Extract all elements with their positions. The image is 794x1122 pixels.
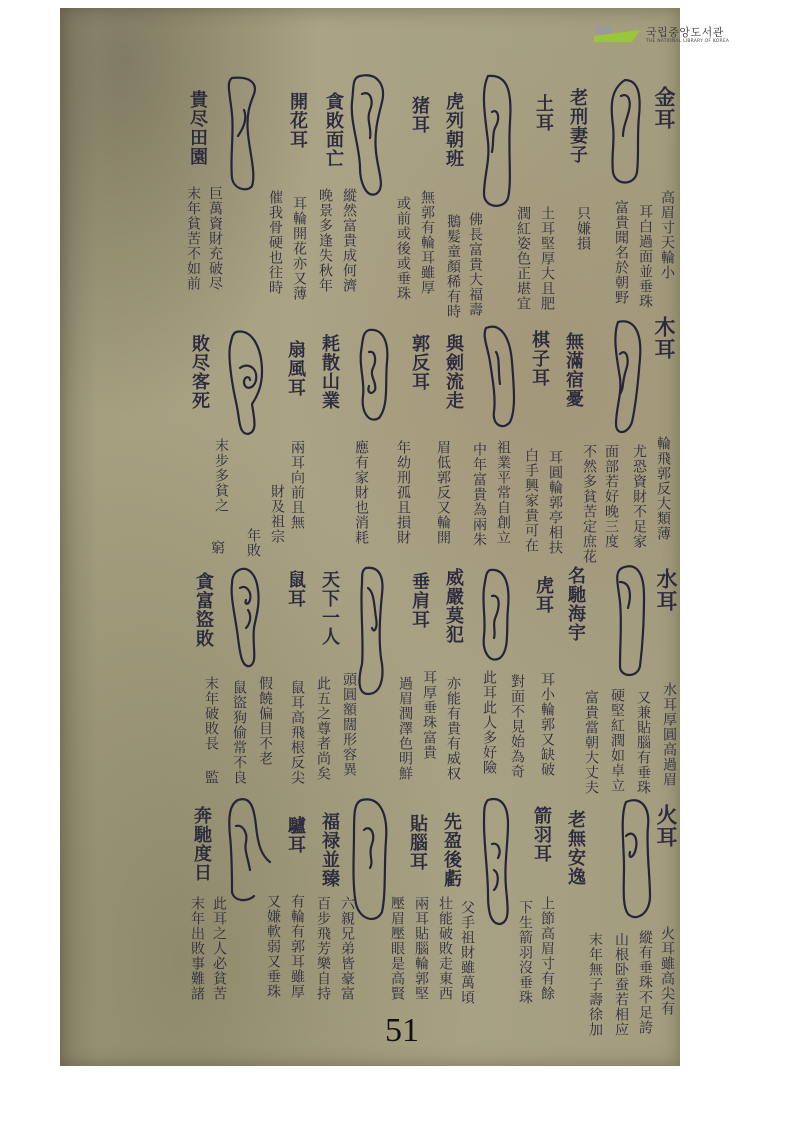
entry-title-sword-ear: 與劍流走 xyxy=(444,334,462,410)
entry-subtitle-donkey-ear: 福禄並臻 xyxy=(320,812,338,888)
entry-note: 中年富貴為兩朱 xyxy=(472,442,486,547)
entry-title-brain-ear: 貼腦耳 xyxy=(408,814,426,871)
ear-diagram-pig-icon xyxy=(348,72,388,198)
entry-note: 火耳雖高尖有 xyxy=(660,926,674,1016)
entry-note: 催我骨硬也往時 xyxy=(268,190,282,295)
page-number: 51 xyxy=(385,1012,419,1050)
ear-diagram-earth-icon xyxy=(478,72,514,212)
entry-title-water-ear: 水耳 xyxy=(656,568,677,612)
entry-note: 對面不見始為奇 xyxy=(510,674,524,779)
entry-note: 鼠耳高飛根反尖 xyxy=(290,680,304,785)
entry-note: 六親兄弟皆豪富 xyxy=(340,896,354,1001)
entry-note: 無郭有輪耳雖厚 xyxy=(420,190,434,295)
entry-note: 窮 xyxy=(210,540,224,555)
entry-note: 末年出敗事難諸 xyxy=(190,896,204,1001)
entry-note: 上節高眉寸有餘 xyxy=(540,896,554,1001)
entry-note: 壮能破敗走東西 xyxy=(438,896,452,1001)
ear-diagram-wood-icon xyxy=(608,318,644,438)
entry-note: 又兼貼腦有垂珠 xyxy=(636,690,650,795)
entry-note: 監 xyxy=(204,770,218,785)
entry-title-gold-ear: 金耳 xyxy=(654,86,675,130)
library-name-english: THE NATIONAL LIBRARY OF KOREA xyxy=(646,39,729,44)
entry-note: 耳小輪郭又缺破 xyxy=(540,672,554,777)
entry-note: 此耳之人必貧苦 xyxy=(212,896,226,1001)
entry-note: 或前或後或垂珠 xyxy=(396,196,410,301)
entry-note: 亦能有貴有威权 xyxy=(446,676,460,781)
ear-diagram-rat-icon xyxy=(228,566,264,670)
entry-note: 只嫌損 xyxy=(576,206,590,251)
entry-note: 硬堅紅潤如卓立 xyxy=(610,688,624,793)
entry-note: 耳白過面並垂珠 xyxy=(638,204,652,309)
ear-diagram-arrow-feather-icon xyxy=(480,794,514,928)
entry-note: 山根卧蚕若相应 xyxy=(614,932,628,1037)
ear-diagram-fan-wind-icon xyxy=(226,328,270,438)
entry-note: 面部若好晚三度 xyxy=(604,444,618,549)
entry-note: 耳厚垂珠富貴 xyxy=(422,670,436,760)
entry-title-one-person: 天下一人 xyxy=(320,570,338,646)
entry-note: 眉低郭反又輪開 xyxy=(436,440,450,545)
library-logo-icon xyxy=(594,26,640,42)
entry-note: 百步飛芳樂自持 xyxy=(316,896,330,1001)
entry-title-open-flower-ear: 開花耳 xyxy=(288,92,306,149)
entry-note: 縱然富貴成何濟 xyxy=(342,188,356,293)
entry-title-rat-ear: 鼠耳 xyxy=(286,570,304,608)
entry-subtitle-arrow-feather-ear: 老無安逸 xyxy=(566,810,584,886)
entry-note: 鵝髮童顏稀有時 xyxy=(446,214,460,319)
entry-subtitle-open-flower-ear: 貪敗面亡 xyxy=(324,92,342,168)
entry-subtitle-brain-ear: 先盈後虧 xyxy=(442,812,460,888)
entry-note: 此耳此人多好險 xyxy=(482,670,496,775)
ear-diagram-donkey-icon xyxy=(222,796,272,906)
entry-note: 潤紅姿色正堪宜 xyxy=(516,206,530,311)
entry-subtitle-chess-ear: 無滿宿憂 xyxy=(564,332,582,408)
entry-note: 末年無子壽徐加 xyxy=(588,932,602,1037)
entry-subtitle-rat-ear-top: 貴尽田園 xyxy=(188,90,206,166)
entry-note: 高眉寸天輪小 xyxy=(660,190,674,280)
entry-note: 巨萬資財充破尽 xyxy=(208,186,222,291)
ear-diagram-gold-icon xyxy=(605,76,645,188)
entry-title-arrow-feather-ear: 箭羽耳 xyxy=(532,806,550,863)
entry-note: 富貴當朝大丈夫 xyxy=(584,690,598,795)
entry-note: 壓眉壓眼是高賢 xyxy=(390,896,404,1001)
entry-subtitle-tiger-ear: 名馳海宇 xyxy=(566,566,584,642)
entry-subtitle-rat-ear: 貪富盜敗 xyxy=(194,572,212,648)
entry-note: 兩耳貼腦輪郭堅 xyxy=(414,896,428,1001)
ear-diagram-open-flower-icon xyxy=(224,74,260,194)
entry-note: 末年貧苦不如前 xyxy=(186,186,200,291)
ear-diagram-tiger-icon xyxy=(478,566,514,666)
entry-note: 又嫌軟弱又垂珠 xyxy=(266,894,280,999)
entry-note: 耳圓輪郭亭相扶 xyxy=(548,450,562,555)
entry-note: 父手祖財雖萬頃 xyxy=(460,900,474,1005)
entry-note: 有輪有郭耳雖厚 xyxy=(290,894,304,999)
entry-note: 祖業平常自創立 xyxy=(496,440,510,545)
entry-title-chess-ear: 棋子耳 xyxy=(530,330,548,387)
library-watermark: 국립중앙도서관 THE NATIONAL LIBRARY OF KOREA xyxy=(592,24,732,50)
entry-subtitle-shoulder-ear: 威嚴莫犯 xyxy=(444,568,462,644)
entry-note: 末年破敗長 xyxy=(204,676,218,751)
library-name-korean: 국립중앙도서관 xyxy=(646,24,724,40)
ear-diagram-shoulder-icon xyxy=(352,564,392,700)
entry-subtitle-fan-wind-ear: 耗散山業 xyxy=(320,334,338,410)
entry-title-wood-ear: 木耳 xyxy=(654,316,675,360)
entry-title-fan-wind-ear: 扇風耳 xyxy=(286,340,304,397)
entry-subtitle-earth-ear: 老刑妻子 xyxy=(568,88,586,164)
ear-diagram-water-icon xyxy=(612,562,648,680)
entry-note: 年敗 xyxy=(246,528,260,558)
entry-note: 白手興家貴可在 xyxy=(524,448,538,553)
entry-note: 縱有垂珠不足誇 xyxy=(638,930,652,1035)
entry-note: 兩耳向前且無 xyxy=(290,440,304,530)
entry-title-fire-ear: 火耳 xyxy=(656,804,677,848)
entry-note: 富貴聞名於朝野 xyxy=(614,200,628,305)
entry-title-reverse-ear: 郭反耳 xyxy=(410,334,428,391)
entry-note: 頭圓額闊形容異 xyxy=(342,672,356,777)
entry-title-earth-ear: 土耳 xyxy=(534,94,552,132)
entry-note: 佛長富貴大福壽 xyxy=(468,212,482,317)
entry-note: 假饒偏目不老 xyxy=(258,676,272,766)
entry-note: 晚景多逢失秋年 xyxy=(318,188,332,293)
entry-note: 土耳堅厚大且肥 xyxy=(540,206,554,311)
entry-title-shoulder-ear: 垂肩耳 xyxy=(410,572,428,629)
ear-diagram-chess-icon xyxy=(480,322,520,432)
entry-note: 下生箭羽沒垂珠 xyxy=(518,900,532,1005)
entry-note: 財及祖宗 xyxy=(270,484,284,544)
entry-note: 水耳厚圓高過眉 xyxy=(662,682,676,787)
ear-diagram-fire-icon xyxy=(616,796,656,924)
entry-note: 耳輪開花亦又薄 xyxy=(292,196,306,301)
entry-note: 不然多貧苦定庶花 xyxy=(582,444,596,564)
entry-title-pig-ear: 猪耳 xyxy=(410,96,428,134)
entry-subtitle-pig-ear: 虎列朝班 xyxy=(444,92,462,168)
entry-note: 末步多貧之 xyxy=(214,438,228,513)
entry-note: 應有家財也消耗 xyxy=(354,440,368,545)
entry-note: 此五之尊者尚矣 xyxy=(316,676,330,781)
entry-title-defeat: 敗尽客死 xyxy=(190,334,208,410)
entry-note: 過眉潤澤色明鮮 xyxy=(398,676,412,781)
entry-title-donkey-ear: 驢耳 xyxy=(286,816,304,854)
entry-note: 尤恐資財不足家 xyxy=(632,444,646,549)
entry-note: 年幼刑孤且損財 xyxy=(396,440,410,545)
entry-note: 鼠盜狗偷常不良 xyxy=(232,680,246,785)
ear-diagram-reverse-icon xyxy=(355,326,391,424)
entry-subtitle-bog-ear: 奔馳度日 xyxy=(192,806,210,882)
entry-title-tiger-ear: 虎耳 xyxy=(534,576,552,614)
entry-note: 輪飛郭反大類薄 xyxy=(656,436,670,541)
